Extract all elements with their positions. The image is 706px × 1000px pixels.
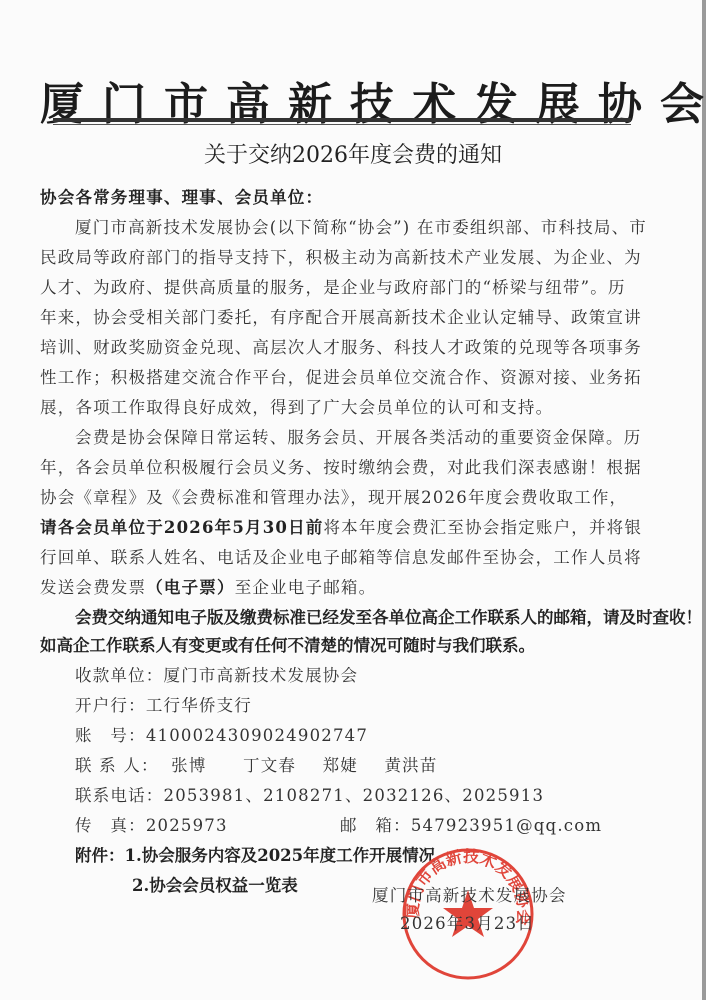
para2-line: 年，各会员单位积极履行会员义务、按时缴纳会费，对此我们深表感谢！根据	[40, 454, 642, 478]
para2-line: 会费是协会保障日常运转、服务会员、开展各类活动的重要资金保障。历	[75, 424, 641, 448]
attachment-item: 2.协会会员权益一览表	[132, 872, 298, 896]
letterhead-rule	[53, 118, 631, 122]
para1-line: 培训、财政奖励资金兑现、高层次人才服务、科技人才政策的兑现等各项事务	[40, 334, 642, 358]
fax-row: 传 真：2025973	[75, 812, 228, 836]
para1-line: 人才、为政府、提供高质量的服务，是企业与政府部门的“桥梁与纽带”。历	[40, 274, 626, 298]
account-row: 账 号：4100024309024902747	[75, 722, 368, 746]
para1-line: 性工作；积极搭建交流合作平台，促进会员单位交流合作、资源对接、业务拓	[40, 364, 642, 388]
signature-org: 厦门市高新技术发展协会	[372, 882, 567, 906]
para1-line: 展，各项工作取得良好成效，得到了广大会员单位的认可和支持。	[40, 394, 553, 418]
attachments: 附件：1.协会服务内容及2025年度工作开展情况	[75, 842, 435, 866]
para1-line: 民政局等政府部门的指导支持下，积极主动为高新技术产业发展、为企业、为	[40, 244, 642, 268]
email-row: 邮 箱：547923951@qq.com	[340, 812, 602, 836]
para1-line: 厦门市高新技术发展协会(以下简称“协会”) 在市委组织部、市科技局、市	[75, 214, 647, 238]
letterhead-rule-thin	[53, 124, 631, 125]
para3-line: 如高企工作联系人有变更或有任何不清楚的情况可随时与我们联系。	[40, 632, 535, 656]
para1-line: 年来，协会受相关部门委托，有序配合开展高新技术企业认定辅导、政策宣讲	[40, 304, 642, 328]
para2-line: 协会《章程》及《会费标准和管理办法》，现开展2026年度会费收取工作，	[40, 484, 627, 508]
deadline-text: 请各会员单位于2026年5月30日前	[40, 518, 323, 537]
salutation: 协会各常务理事、理事、会员单位：	[40, 184, 323, 208]
payee-row: 收款单位：厦门市高新技术发展协会	[75, 662, 358, 686]
para3-line: 会费交纳通知电子版及缴费标准已经发至各单位高企工作联系人的邮箱，请及时查收！	[75, 604, 702, 628]
signature-date: 2026年3月23日	[400, 910, 535, 934]
notice-title: 关于交纳2026年度会费的通知	[0, 138, 706, 169]
para2-line-last: 发送会费发票（电子票）至企业电子邮箱。	[40, 574, 376, 598]
para2-line: 行回单、联系人姓名、电话及企业电子邮箱等信息发邮件至协会，工作人员将	[40, 544, 642, 568]
bank-row: 开户行：工行华侨支行	[75, 692, 252, 716]
contacts-row: 联 系 人： 张博 丁文春 郑婕 黄洪苗	[75, 752, 438, 776]
para2-line-deadline: 请各会员单位于2026年5月30日前将本年度会费汇至协会指定账户，并将银	[40, 514, 642, 538]
letterhead-org-name: 厦门市高新技术发展协会	[40, 68, 664, 132]
phone-row: 联系电话：2053981、2108271、2032126、2025913	[75, 782, 544, 806]
